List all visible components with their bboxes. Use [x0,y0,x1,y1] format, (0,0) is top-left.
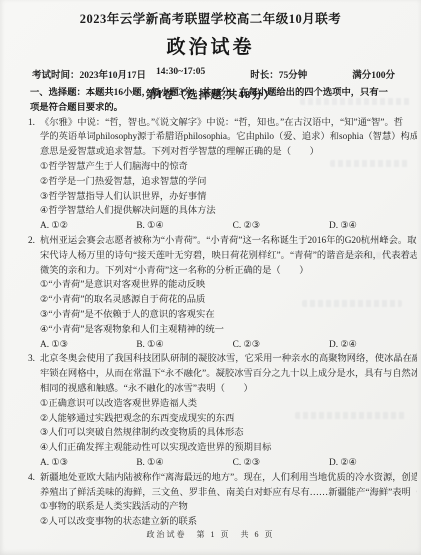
questions-area: 一、选择题：本题共16小题，每小题3分，共48分。在每小题给出的四个选项中，只有… [0,86,421,530]
option-line: ③人们可以突破自然规律制约改变物质的具体形态 [40,426,417,441]
choice-d: D. ③④ [329,219,417,234]
choice-b: B. ①④ [136,338,230,353]
paper-title: 政治试卷 [0,32,421,59]
stem-line: 学的英语单词philosophy源于希腊语philosophia。它由philo… [40,130,417,145]
question-3: 3. 北京冬奥会使用了我国科技团队研制的凝胶冰雪，它采用一种亲水的高聚物网络，使… [40,352,417,470]
exam-time-group: 考试时间：2023年10月17日 14:30~17:05 [32,67,205,81]
choice-a: A. ①② [40,219,134,234]
question-1: 1. 《尔雅》中说：“哲，智也。”《说文解字》中说：“哲，知也。”在古汉语中，“… [40,116,417,234]
stem-line: 意思是爱智慧或追求智慧。下列对哲学智慧的理解正确的是（ ） [40,145,417,160]
stem-line: 2. 杭州亚运会赛会志愿者被称为“小青荷”。“小青荷”这一名称诞生于2016年的… [40,234,417,249]
choice-c: C. ②③ [233,338,327,353]
stem-text: 北京冬奥会使用了我国科技团队研制的凝胶冰雪，它采用一种亲水的高聚物网络，使冰晶在… [40,354,417,364]
option-line: ①“小青荷”是意识对客观世界的能动反映 [40,278,417,293]
choice-c: C. ②③ [233,456,327,471]
option-line: ②“小青荷”的取名灵感源自于荷花的品质 [40,293,417,308]
exam-info-row: 考试时间：2023年10月17日 14:30~17:05 时长：75分钟 满分1… [32,67,395,81]
stem-line: 4. 新疆地处亚欧大陆内陆被称作“离海最远的地方”。现在，人们利用当地优质的冷水… [40,471,417,486]
stem-line: 牢锁在网格中，从而在常温下“永不融化”。凝胶冰雪百分之九十以上成分是水，具有与自… [40,367,417,382]
stem-text: 新疆地处亚欧大陆内陆被称作“离海最远的地方”。现在，人们利用当地优质的冷水资源，… [40,473,417,483]
option-line: ②人能够通过实践把观念的东西变成现实的东西 [40,412,417,427]
exam-title: 2023年云学新高考联盟学校高二年级10月联考 [0,9,421,27]
option-line: ③“小青荷”是不依赖于人的意识的客观实在 [40,308,417,323]
option-line: ②人可以改变事物的状态建立新的联系 [40,515,417,530]
section-instruction-line1: 一、选择题：本题共16小题，每小题3分，共48分。在每小题给出的四个选项中，只有… [30,86,401,101]
question-4: 4. 新疆地处亚欧大陆内陆被称作“离海最远的地方”。现在，人们利用当地优质的冷水… [40,471,417,530]
choice-d: D. ②④ [329,338,417,353]
exam-duration: 时长：75分钟 [250,67,307,81]
choice-a: A. ①③ [40,338,134,353]
option-line: ④“小青荷”是客观物象和人们主观精神的统一 [40,323,417,338]
stem-line: 1. 《尔雅》中说：“哲，智也。”《说文解字》中说：“哲，知也。”在古汉语中，“… [40,116,417,131]
exam-paper-page: 2023年云学新高考联盟学校高二年级10月联考 政治试卷 考试时间：2023年1… [0,0,421,555]
question-2: 2. 杭州亚运会赛会志愿者被称为“小青荷”。“小青荷”这一名称诞生于2016年的… [40,234,417,352]
choice-b: B. ①④ [136,456,230,471]
exam-total-score: 满分100分 [352,67,395,81]
choices-row: A. ①③ B. ①④ C. ②③ D. ②④ [40,338,417,353]
exam-time-range: 14:30~17:05 [156,67,205,81]
stem-line: 微笑的亲和力。下列对“小青荷”这一名称的分析正确的是（ ） [40,264,417,279]
section-instruction-line2: 项是符合题目要求的。 [30,101,401,116]
choices-row: A. ①② B. ①④ C. ②③ D. ③④ [40,219,417,234]
stem-line: 3. 北京冬奥会使用了我国科技团队研制的凝胶冰雪，它采用一种亲水的高聚物网络，使… [40,352,417,367]
option-line: ④哲学智慧给人们提供解决问题的具体方法 [40,204,417,219]
option-line: ①哲学智慧产生于人们脑海中的惊奇 [40,160,417,175]
choices-row: A. ①③ B. ①④ C. ②③ D. ②④ [40,456,417,471]
stem-line: 宋代诗人杨万里的诗句“接天莲叶无穷碧，映日荷花别样红”。“青荷”的谐音是亲和，代… [40,249,417,264]
option-line: ①正确意识可以改造客观世界造福人类 [40,397,417,412]
stem-line: 养殖出了鲜活美味的海鲜，三文鱼、罗非鱼、南美白对虾应有尽有……新疆能产“海鲜”表… [40,486,417,501]
choice-c: C. ②③ [233,219,327,234]
choice-b: B. ①④ [136,219,230,234]
stem-line: 相同的视感和触感。“永不融化的冰雪”表明（ ） [40,382,417,397]
option-line: ④人们正确发挥主观能动性可以实现改造世界的预期目标 [40,441,417,456]
stem-text: 杭州亚运会赛会志愿者被称为“小青荷”。“小青荷”这一名称诞生于2016年的G20… [40,236,417,246]
choice-a: A. ①③ [40,456,134,471]
option-line: ①事物的联系是人类实践活动的产物 [40,500,417,515]
choice-d: D. ②④ [329,456,417,471]
option-line: ③哲学智慧指导人们认识世界，办好事情 [40,190,417,205]
option-line: ②哲学是一门热爱智慧，追求智慧的学问 [40,175,417,190]
page-footer: 政治试卷 第 1 页 共 6 页 [0,529,421,540]
stem-text: 《尔雅》中说：“哲，智也。”《说文解字》中说：“哲，知也。”在古汉语中，“知”通… [40,118,403,128]
exam-time: 考试时间：2023年10月17日 [32,67,146,81]
